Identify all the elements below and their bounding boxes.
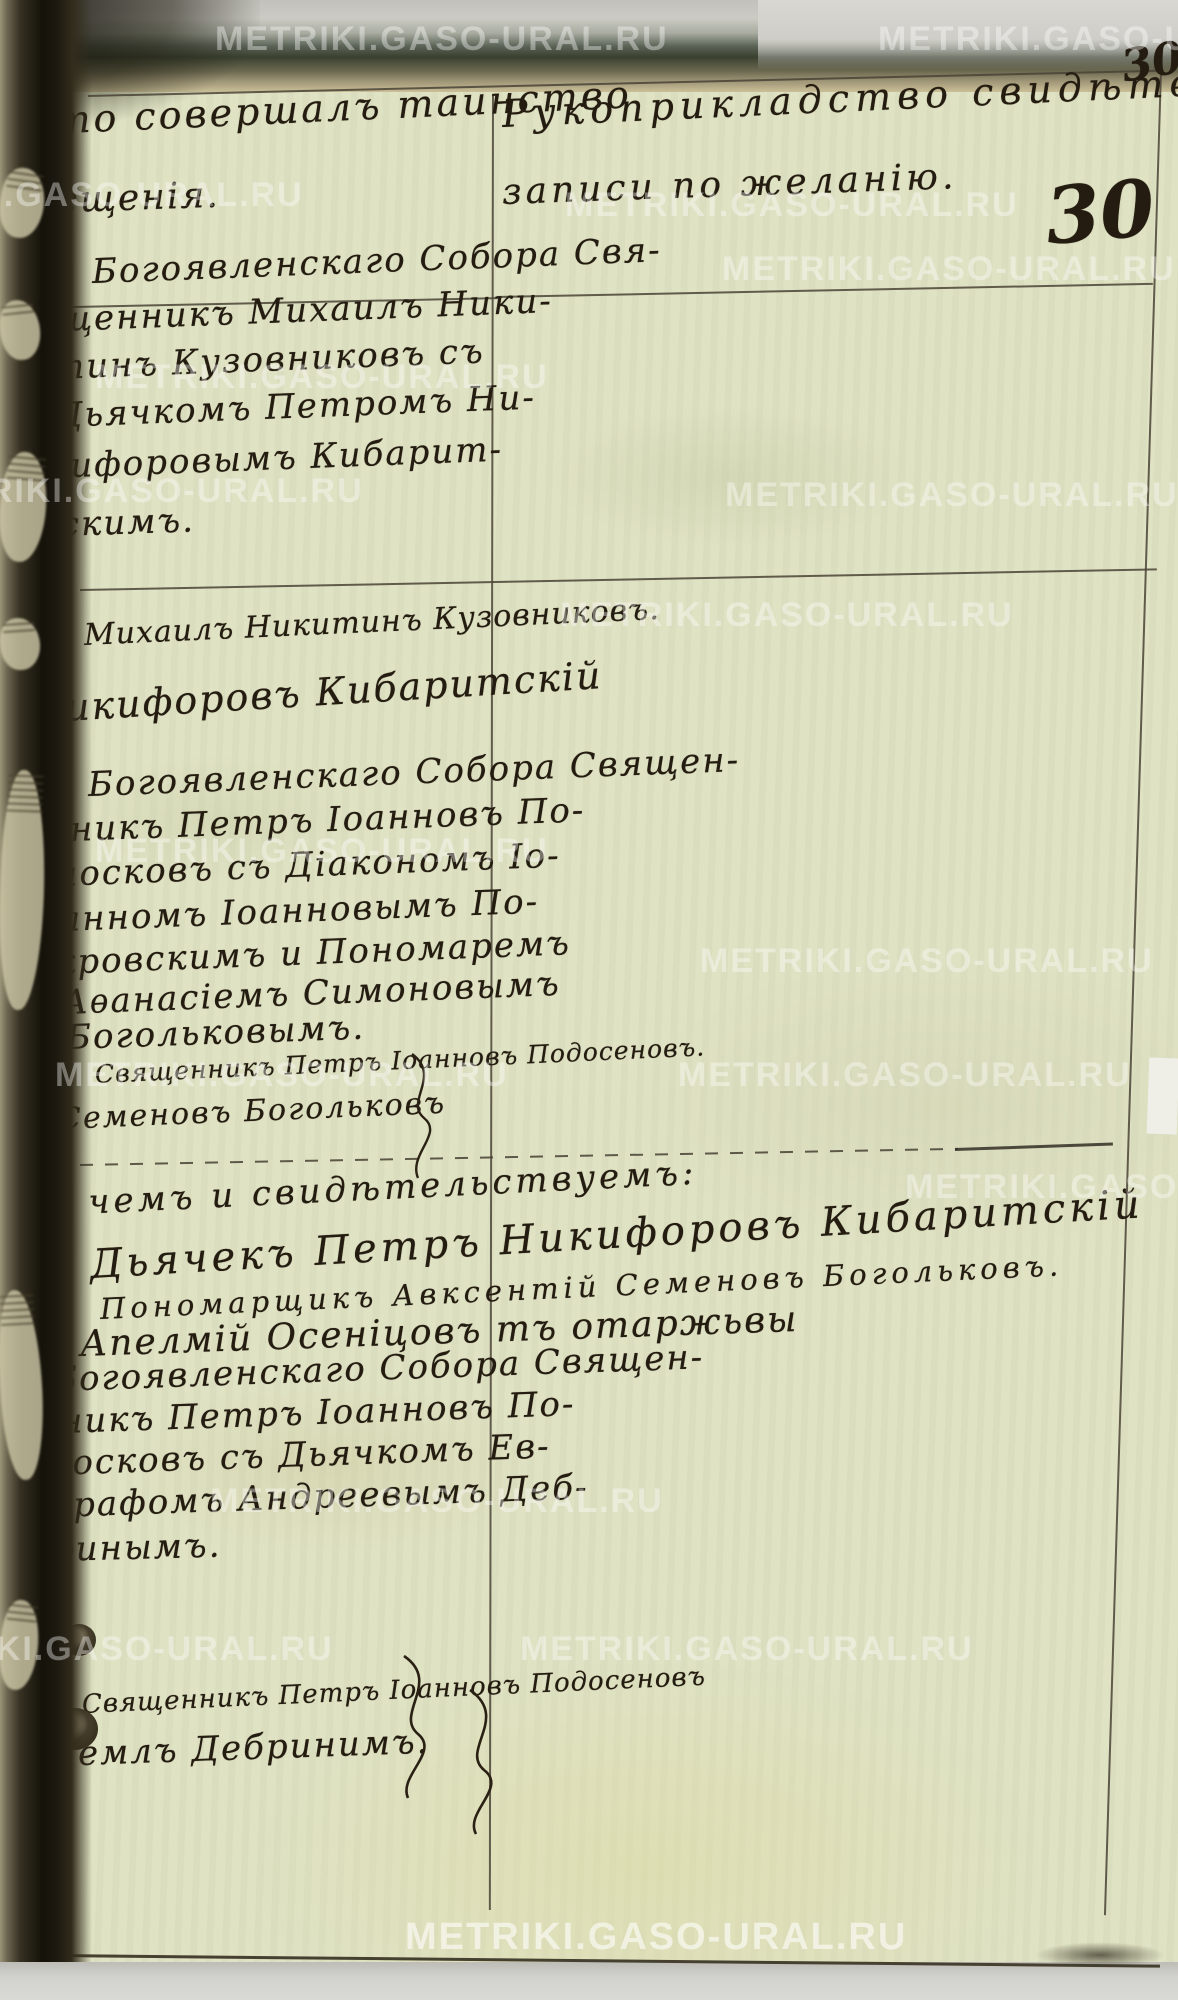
watermark: METRIKI.GASO-URAL.RU bbox=[55, 1056, 509, 1095]
next-page-edge bbox=[1147, 1057, 1178, 1134]
watermark: METRIKI.GASO-URAL.RU bbox=[560, 596, 1014, 635]
watermark: METRIKI.GASO-URAL.RU bbox=[0, 1630, 334, 1669]
watermark: METRIKI.GASO-URAL.RU bbox=[0, 472, 364, 511]
watermark: METRIKI.GASO-URAL.RU bbox=[95, 358, 549, 397]
watermark: METRIKI.GASO-URAL.RU bbox=[520, 1630, 974, 1669]
pen-flourish bbox=[452, 1686, 522, 1836]
watermark: METRIKI.GASO-URAL.RU bbox=[725, 476, 1178, 515]
scan-bottom-margin bbox=[0, 1962, 1178, 2000]
pen-flourish bbox=[386, 1652, 456, 1802]
page-number-large: 30 bbox=[1042, 163, 1158, 263]
watermark: METRIKI.GASO-URAL.RU bbox=[405, 1916, 907, 1959]
watermark: METRIKI.GASO-URAL.RU bbox=[0, 176, 304, 215]
watermark: METRIKI.GASO-URAL.RU bbox=[210, 1482, 664, 1521]
watermark: METRIKI.GASO-URAL.RU bbox=[700, 942, 1154, 981]
watermark: METRIKI.GASO-URAL.RU bbox=[722, 250, 1176, 289]
watermark: METRIKI.GASO-URAL.RU bbox=[905, 1168, 1178, 1207]
watermark: METRIKI.GASO-URAL.RU bbox=[95, 832, 549, 871]
watermark: METRIKI.GASO-URAL.RU bbox=[878, 20, 1178, 59]
watermark: METRIKI.GASO-URAL.RU bbox=[678, 1056, 1132, 1095]
watermark: METRIKI.GASO-URAL.RU bbox=[215, 20, 669, 59]
metric-book-scan: 30 30 Кто совершалъ таинство крещенія. Р… bbox=[0, 0, 1178, 2000]
watermark: METRIKI.GASO-URAL.RU bbox=[565, 186, 1019, 225]
edge-smudge bbox=[1035, 1942, 1165, 1968]
